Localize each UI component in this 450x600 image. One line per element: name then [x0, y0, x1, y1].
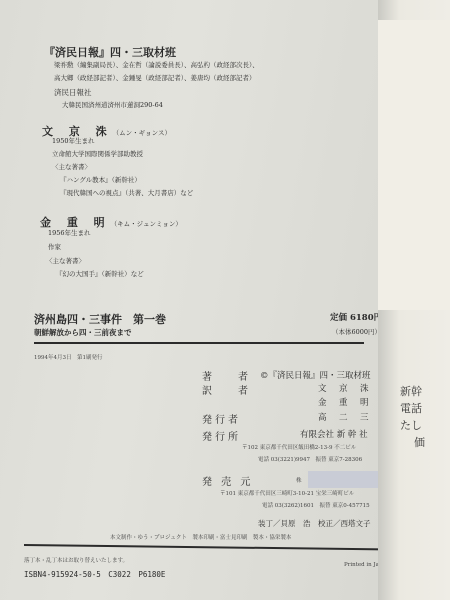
- translator2-works-label: 〈主な著書〉: [46, 256, 85, 265]
- colophon-bottom-rule: [24, 544, 394, 550]
- credits-line2: 本文制作・ゆう・プロジェクト 製本印刷・富士見印刷 製本・協栄製本: [110, 533, 291, 541]
- translator-value2: 金 重 明: [318, 396, 371, 408]
- publisher-value: 有限会社 新 幹 社: [300, 428, 368, 440]
- price-base: （本体6000円）: [332, 327, 381, 336]
- publisher-person-value: 高 二 三: [318, 411, 371, 423]
- distributor-label: 発 売 元: [202, 473, 253, 488]
- right-line: 電話: [400, 400, 425, 417]
- book-subtitle: 朝鮮解放から四・三前夜まで: [34, 327, 132, 338]
- book-title: 済州島四・三事件 第一巻: [34, 311, 166, 327]
- translator2-position: 作家: [48, 242, 61, 251]
- publisher-phone: 電話 03(3221)9947 振替 東京7-28306: [258, 455, 362, 463]
- author-label: 著 者: [202, 368, 256, 383]
- translator1-work2: 『現代韓国への視点』（共著、大月書店）など: [60, 188, 193, 197]
- distributor-phone: 電話 03(3262)1601 振替 東京0-457715: [262, 501, 370, 509]
- right-line: 価: [400, 434, 425, 451]
- translator1-works-label: 〈主な著書〉: [52, 162, 91, 171]
- translator2-born: 1956年生まれ: [48, 228, 91, 237]
- publisher-address: 〒102 東京都千代田区飯田橋2-13-9 不二ビル: [242, 443, 356, 451]
- right-page-highlight: [378, 20, 450, 310]
- publisher-label: 発行所: [202, 428, 241, 443]
- translator2-work1: 『幻の大国手』（新幹社）など: [56, 269, 144, 278]
- isbn: ISBN4-915924-50-5 C3022 P6180E: [24, 569, 165, 580]
- distributor-address: 〒101 東京都千代田区三崎町3-10-21 宝栄三崎町ビル: [220, 489, 354, 497]
- colophon-top-rule: [34, 342, 364, 344]
- right-line: 新幹: [400, 383, 425, 400]
- credits-line1: 装丁／貝原 浩 校正／西塔文子: [258, 518, 371, 529]
- publisher-person-label: 発行者: [202, 411, 241, 426]
- replacement-note: 落丁本・乱丁本はお取り替えいたします。: [24, 556, 128, 564]
- right-page: 新幹 電話 たし 価: [378, 0, 450, 600]
- team-address: 大韓民国済州道済州市蓮洞290-64: [62, 100, 163, 109]
- team-heading: 『済民日報』四・三取材班: [44, 44, 176, 60]
- price: 定価 6180円: [330, 311, 382, 323]
- translator2-reading: （キム・ジュンミョン）: [111, 220, 182, 228]
- issue-date: 1994年4月3日 第1刷発行: [34, 353, 103, 361]
- redaction-box: [308, 471, 384, 488]
- right-line: たし: [400, 417, 425, 434]
- author-value: ©『済民日報』四・三取材班: [260, 369, 371, 381]
- translator-value1: 文 京 洙: [318, 382, 371, 394]
- team-org: 済民日報社: [54, 87, 92, 98]
- distributor-prefix: 株: [296, 476, 302, 484]
- left-page: 『済民日報』四・三取材班 梁祚勲（編集副局長）、金在哲（論説委員長）、高弘杓（政…: [0, 0, 380, 600]
- translator1-reading: （ムン・ギョンス）: [113, 129, 171, 137]
- translator1-work1: 『ハングル教本』（新幹社）: [60, 175, 141, 184]
- translator-label: 訳 者: [202, 382, 256, 397]
- translator1-position: 立命館大学国際関係学部助教授: [52, 149, 143, 158]
- right-page-text: 新幹 電話 たし 価: [400, 383, 425, 451]
- team-members-line2: 高大卿（政経部記者）、金鍾旻（政経部記者）、姜唐均（政経部記者）: [54, 73, 256, 82]
- team-members-line1: 梁祚勲（編集副局長）、金在哲（論説委員長）、高弘杓（政経部次長）、: [54, 60, 259, 69]
- translator1-born: 1950年生まれ: [52, 136, 95, 145]
